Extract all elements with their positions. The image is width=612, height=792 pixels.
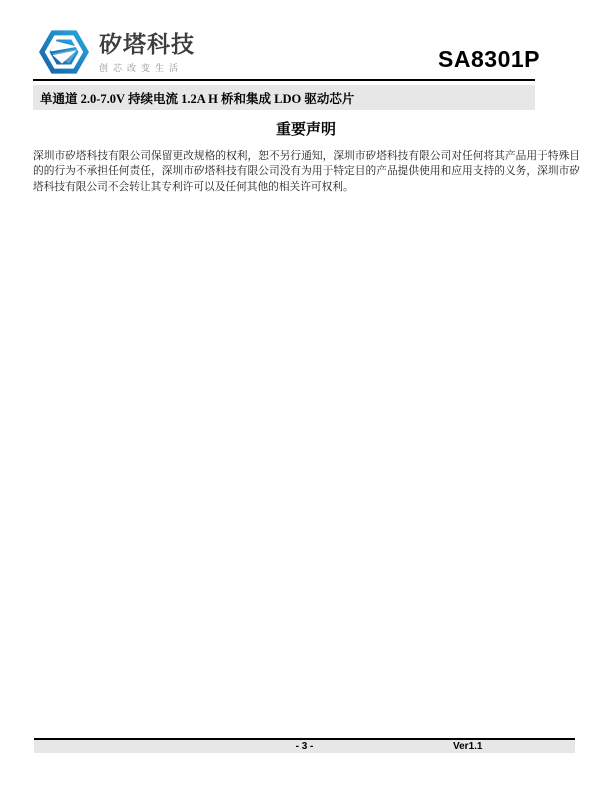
section-heading: 重要声明 xyxy=(0,118,612,139)
version-label: Ver1.1 xyxy=(453,740,482,753)
disclaimer-paragraph: 深圳市矽塔科技有限公司保留更改规格的权利，恕不另行通知，深圳市矽塔科技有限公司对… xyxy=(33,149,580,195)
datasheet-page: 矽塔科技 创芯改变生活 SA8301P 单通道 2.0-7.0V 持续电流 1.… xyxy=(0,0,612,792)
footer-bar: - 3 - Ver1.1 xyxy=(34,740,575,753)
page-number: - 3 - xyxy=(34,740,575,753)
header-divider-rule xyxy=(33,79,535,81)
document-title-bar: 单通道 2.0-7.0V 持续电流 1.2A H 桥和集成 LDO 驱动芯片 xyxy=(33,85,535,110)
product-code-heading: SA8301P xyxy=(33,46,540,73)
